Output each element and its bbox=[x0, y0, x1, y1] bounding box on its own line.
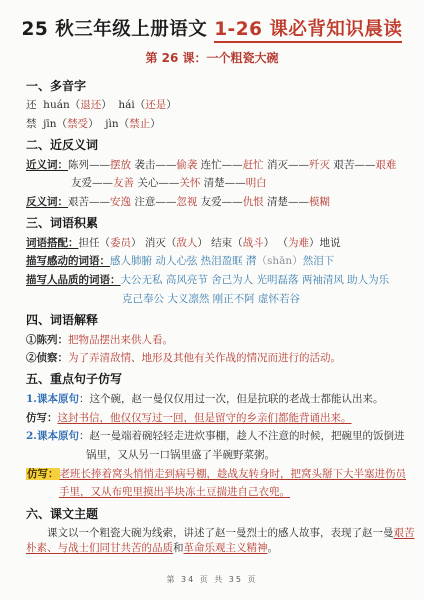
text-segment: 反义词： bbox=[26, 196, 68, 208]
section-heading: 四、词语解释 bbox=[26, 312, 416, 329]
text-segment: ） 结束（ bbox=[197, 237, 242, 249]
text-segment: 还是 bbox=[145, 99, 166, 111]
text-segment: 艰难 bbox=[375, 159, 396, 171]
text-segment: 清楚—— bbox=[264, 196, 309, 208]
text-line: 描写人品质的词语：大公无私 高风亮节 舍己为人 光明磊落 两袖清风 助人为乐 bbox=[26, 273, 416, 288]
text-segment: 担任（ bbox=[79, 237, 111, 249]
document-body: 一、多音字还 huán（退还） hái（还是）禁 jīn（禁受） jìn（禁止）… bbox=[0, 66, 424, 557]
text-segment: 近义词： bbox=[26, 159, 68, 171]
text-segment: 仿写： bbox=[26, 468, 60, 480]
text-segment: 这个碗，赵一曼仅仅用过一次，但是抗联的老战士都能认出来。 bbox=[89, 393, 383, 405]
text-segment: 陈列—— bbox=[68, 159, 110, 171]
text-segment: 袭击—— bbox=[131, 159, 176, 171]
text-segment: （shān） bbox=[257, 255, 303, 267]
text-line: 仿写：这封书信，他仅仅写过一回，但是留守的乡亲们都能背诵出来。 bbox=[26, 411, 416, 426]
text-line: 2.课本原句：赵一曼端着碗轻轻走进炊事棚，趁人不注意的时候，把碗里的饭倒进 bbox=[26, 429, 416, 444]
text-line: 友爱——友善 关心——关怀 清楚——明白 bbox=[71, 176, 416, 191]
text-segment: 仿写： bbox=[26, 412, 58, 424]
text-segment: 关怀 bbox=[179, 177, 200, 189]
section-heading: 六、课文主题 bbox=[26, 506, 416, 523]
text-segment: ） hái（ bbox=[101, 99, 145, 111]
text-segment: 为难 bbox=[288, 237, 309, 249]
text-segment: 友爱—— bbox=[197, 196, 242, 208]
text-line: 近义词：陈列——摆放 袭击——偷袭 连忙——赶忙 消灭——歼灭 艰苦——艰难 bbox=[26, 158, 416, 173]
text-segment: 委员 bbox=[110, 237, 131, 249]
text-segment: 大公无私 高风亮节 舍己为人 光明磊落 两袖清风 助人为乐 bbox=[121, 274, 390, 286]
text-segment: 模糊 bbox=[309, 196, 330, 208]
text-line: 课文以一个粗瓷大碗为线索，讲述了赵一曼烈士的感人故事，表现了赵一曼艰苦朴素、与战… bbox=[26, 526, 416, 556]
section-heading: 一、多音字 bbox=[26, 78, 416, 95]
section-heading: 三、词语积累 bbox=[26, 215, 416, 232]
text-segment: 安逸 bbox=[110, 196, 131, 208]
text-segment: 赵一曼端着碗轻轻走进炊事棚，趁人不注意的时候，把碗里的饭倒进 bbox=[89, 430, 404, 442]
page-title: 25 秋三年级上册语文 1-26 课必背知识晨读 bbox=[0, 18, 424, 43]
title-highlight-part: 1-26 课必背知识晨读 bbox=[214, 19, 402, 43]
document-page: 25 秋三年级上册语文 1-26 课必背知识晨读 第 26 课：一个粗瓷大碗 一… bbox=[0, 0, 424, 600]
text-segment: 连忙—— bbox=[197, 159, 242, 171]
text-line: 手里，又从布兜里摸出半块冻土豆揣进自己衣兜。 bbox=[59, 485, 416, 500]
text-segment: 忽视 bbox=[176, 196, 197, 208]
text-segment: 把物品摆出来供人看。 bbox=[68, 334, 173, 346]
text-segment: 赶忙 bbox=[243, 159, 264, 171]
text-segment: 锅里，又从另一口锅里盛了半碗野菜粥。 bbox=[86, 449, 275, 461]
text-line: 仿写：老班长捧着窝头悄悄走到病号棚，趁战友转身时，把窝头掰下大半塞进伤员 bbox=[26, 467, 416, 482]
text-segment: 歼灭 bbox=[309, 159, 330, 171]
text-line: 1.课本原句：这个碗，赵一曼仅仅用过一次，但是抗联的老战士都能认出来。 bbox=[26, 392, 416, 407]
text-segment: ： bbox=[79, 393, 90, 405]
text-segment: 清楚—— bbox=[200, 177, 245, 189]
text-segment: 老班长捧着窝头悄悄走到病号棚，趁战友转身时，把窝头掰下大半塞进伤员 bbox=[60, 468, 407, 480]
section-heading: 二、近反义词 bbox=[26, 137, 416, 154]
text-segment: 摆放 bbox=[110, 159, 131, 171]
text-segment: 禁止 bbox=[129, 118, 150, 130]
text-segment: ） 消灭（ bbox=[131, 237, 176, 249]
text-segment: 2.课本原句 bbox=[26, 430, 79, 442]
text-segment: 消灭—— bbox=[264, 159, 309, 171]
page-footer: 第 34 页 共 35 页 bbox=[0, 574, 424, 585]
text-segment: 明白 bbox=[246, 177, 267, 189]
text-segment: 感人肺腑 动人心弦 热泪盈眶 潸 bbox=[110, 255, 257, 267]
text-segment: 关心—— bbox=[134, 177, 179, 189]
text-line: 描写感动的词语：感人肺腑 动人心弦 热泪盈眶 潸（shān）然泪下 bbox=[26, 254, 416, 269]
text-segment: 课文以一个粗瓷大碗为线索，讲述了赵一曼烈士的感人故事，表现了赵一曼 bbox=[47, 527, 394, 539]
title-course-part: 25 秋三年级上册语文 bbox=[22, 19, 215, 40]
text-segment: 词语搭配： bbox=[26, 237, 79, 249]
text-segment: 仇恨 bbox=[243, 196, 264, 208]
text-segment: 禁 jīn（ bbox=[26, 118, 67, 130]
text-line: 锅里，又从另一口锅里盛了半碗野菜粥。 bbox=[86, 448, 416, 463]
text-segment: ②侦察： bbox=[26, 352, 68, 364]
text-line: 反义词：艰苦——安逸 注意——忽视 友爱——仇恨 清楚——模糊 bbox=[26, 195, 416, 210]
text-segment: 和 bbox=[173, 542, 184, 554]
text-segment: ） bbox=[166, 99, 177, 111]
text-line: 禁 jīn（禁受） jìn（禁止） bbox=[26, 117, 416, 132]
text-segment: ： bbox=[79, 430, 90, 442]
text-segment: ） bbox=[150, 118, 161, 130]
text-line: 词语搭配：担任（委员） 消灭（敌人） 结束（战斗） （为难）地说 bbox=[26, 236, 416, 251]
text-line: 克己奉公 大义凛然 刚正不阿 虚怀若谷 bbox=[122, 292, 416, 307]
text-segment: 描写人品质的词语： bbox=[26, 274, 121, 286]
text-segment: 艰苦—— bbox=[68, 196, 110, 208]
text-segment: 这封书信，他仅仅写过一回，但是留守的乡亲们都能背诵出来。 bbox=[58, 412, 352, 424]
text-segment: ）地说 bbox=[309, 237, 341, 249]
text-segment: 。 bbox=[268, 542, 279, 554]
text-segment: 战斗 bbox=[243, 237, 264, 249]
text-segment: ） jìn（ bbox=[88, 118, 129, 130]
text-segment: 为了弄清敌情、地形及其他有关作战的情况而进行的活动。 bbox=[68, 352, 341, 364]
text-segment: 还 huán（ bbox=[26, 99, 80, 111]
text-segment: ） （ bbox=[264, 237, 288, 249]
text-segment: 革命乐观主义精神 bbox=[184, 542, 268, 554]
text-segment: 然泪下 bbox=[303, 255, 335, 267]
text-segment: 禁受 bbox=[67, 118, 88, 130]
text-segment: 偷袭 bbox=[176, 159, 197, 171]
text-segment: 克己奉公 大义凛然 刚正不阿 虚怀若谷 bbox=[122, 293, 300, 305]
text-segment: 1.课本原句 bbox=[26, 393, 79, 405]
text-segment: 描写感动的词语： bbox=[26, 255, 110, 267]
lesson-subtitle: 第 26 课：一个粗瓷大碗 bbox=[0, 49, 424, 66]
text-segment: 注意—— bbox=[131, 196, 176, 208]
text-segment: 手里，又从布兜里摸出半块冻土豆揣进自己衣兜。 bbox=[59, 486, 290, 498]
text-line: ②侦察：为了弄清敌情、地形及其他有关作战的情况而进行的活动。 bbox=[26, 351, 416, 366]
text-segment: ①陈列： bbox=[26, 334, 68, 346]
text-segment: 艰苦—— bbox=[330, 159, 375, 171]
text-segment: 退还 bbox=[80, 99, 101, 111]
text-segment: 友善 bbox=[113, 177, 134, 189]
text-line: 还 huán（退还） hái（还是） bbox=[26, 98, 416, 113]
text-segment: 敌人 bbox=[176, 237, 197, 249]
section-heading: 五、重点句子仿写 bbox=[26, 371, 416, 388]
text-segment: 友爱—— bbox=[71, 177, 113, 189]
text-line: ①陈列：把物品摆出来供人看。 bbox=[26, 333, 416, 348]
